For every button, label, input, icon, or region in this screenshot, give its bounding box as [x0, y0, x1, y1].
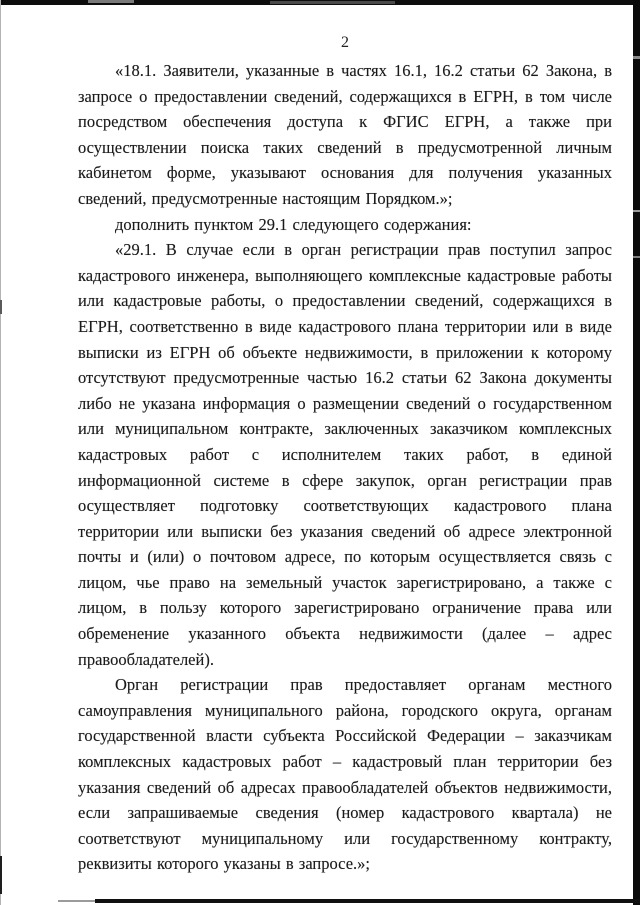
scan-left-edge-dark-mark: [0, 856, 2, 894]
scanned-document-page: 2 «18.1. Заявители, указанные в частях 1…: [0, 0, 640, 905]
scan-bottom-edge-line: [95, 899, 640, 903]
document-body: «18.1. Заявители, указанные в частях 16.…: [78, 58, 612, 877]
scan-left-edge-small-mark: [0, 300, 2, 314]
page-number: 2: [78, 34, 612, 52]
scan-top-edge-light-segment: [88, 0, 134, 3]
scan-right-edge-notch: [633, 256, 640, 258]
scan-right-edge-band: [633, 0, 640, 905]
paragraph-29-1: «29.1. В случае если в орган регистрации…: [78, 237, 612, 672]
paragraph-amendment-instruction: дополнить пунктом 29.1 следующего содерж…: [78, 212, 612, 238]
paragraph-18-1: «18.1. Заявители, указанные в частях 16.…: [78, 58, 612, 212]
scan-left-edge-line: [0, 0, 1, 905]
scan-top-edge-gray-segment: [270, 1, 395, 4]
scan-bottom-edge-fade: [58, 900, 95, 902]
paragraph-registration-authority: Орган регистрации прав предоставляет орг…: [78, 672, 612, 877]
scan-top-edge-bar: [0, 0, 640, 5]
scan-right-edge-notch: [633, 210, 640, 212]
scan-right-edge-notch: [633, 56, 640, 59]
